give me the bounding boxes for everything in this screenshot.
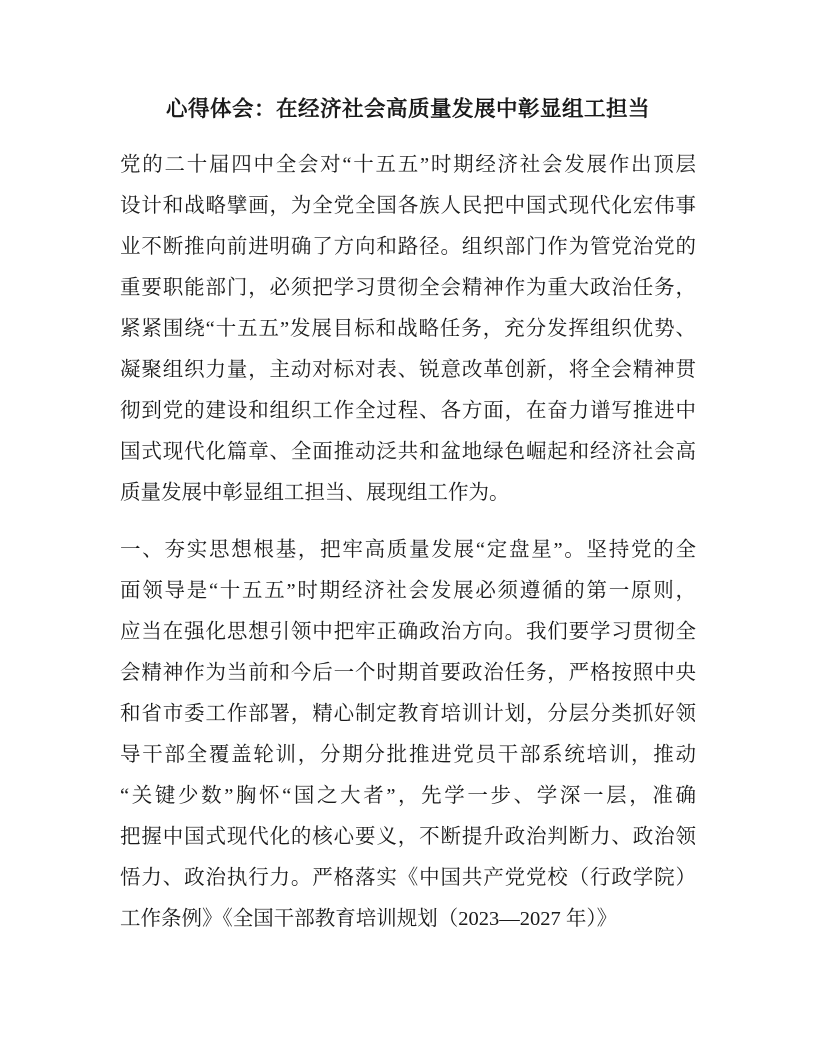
text-line: 一、夯实思想根基，把牢高质量发展“定盘星”。坚持党的全 [120, 530, 696, 571]
text-line: 质量发展中彰显组工担当、展现组工作为。 [120, 473, 696, 514]
text-line: “关键少数”胸怀“国之大者”，先学一步、学深一层，准确 [120, 776, 696, 817]
text-line: 国式现代化篇章、全面推动泛共和盆地绿色崛起和经济社会高 [120, 432, 696, 473]
paragraph-intro: 党的二十届四中全会对“十五五”时期经济社会发展作出顶层设计和战略擘画，为全党全国… [120, 145, 696, 514]
text-line: 紧紧围绕“十五五”发展目标和战略任务，充分发挥组织优势、 [120, 309, 696, 350]
text-line: 设计和战略擘画，为全党全国各族人民把中国式现代化宏伟事 [120, 186, 696, 227]
paragraph-section-one: 一、夯实思想根基，把牢高质量发展“定盘星”。坚持党的全面领导是“十五五”时期经济… [120, 530, 696, 940]
text-line: 面领导是“十五五”时期经济社会发展必须遵循的第一原则， [120, 571, 696, 612]
text-line: 导干部全覆盖轮训，分期分批推进党员干部系统培训，推动 [120, 735, 696, 776]
document-title: 心得体会：在经济社会高质量发展中彰显组工担当 [120, 89, 696, 130]
text-line: 党的二十届四中全会对“十五五”时期经济社会发展作出顶层 [120, 145, 696, 186]
document-page: 心得体会：在经济社会高质量发展中彰显组工担当 党的二十届四中全会对“十五五”时期… [0, 0, 816, 1056]
text-line: 应当在强化思想引领中把牢正确政治方向。我们要学习贯彻全 [120, 612, 696, 653]
text-line: 业不断推向前进明确了方向和路径。组织部门作为管党治党的 [120, 227, 696, 268]
text-line: 会精神作为当前和今后一个时期首要政治任务，严格按照中央 [120, 653, 696, 694]
text-line: 悟力、政治执行力。严格落实《中国共产党党校（行政学院） [120, 858, 696, 899]
text-line: 和省市委工作部署，精心制定教育培训计划，分层分类抓好领 [120, 694, 696, 735]
text-line: 彻到党的建设和组织工作全过程、各方面，在奋力谱写推进中 [120, 391, 696, 432]
text-line: 工作条例》《全国干部教育培训规划（2023—2027 年）》 [120, 899, 696, 940]
text-line: 重要职能部门，必须把学习贯彻全会精神作为重大政治任务， [120, 268, 696, 309]
text-line: 凝聚组织力量，主动对标对表、锐意改革创新，将全会精神贯 [120, 350, 696, 391]
text-line: 把握中国式现代化的核心要义，不断提升政治判断力、政治领 [120, 817, 696, 858]
